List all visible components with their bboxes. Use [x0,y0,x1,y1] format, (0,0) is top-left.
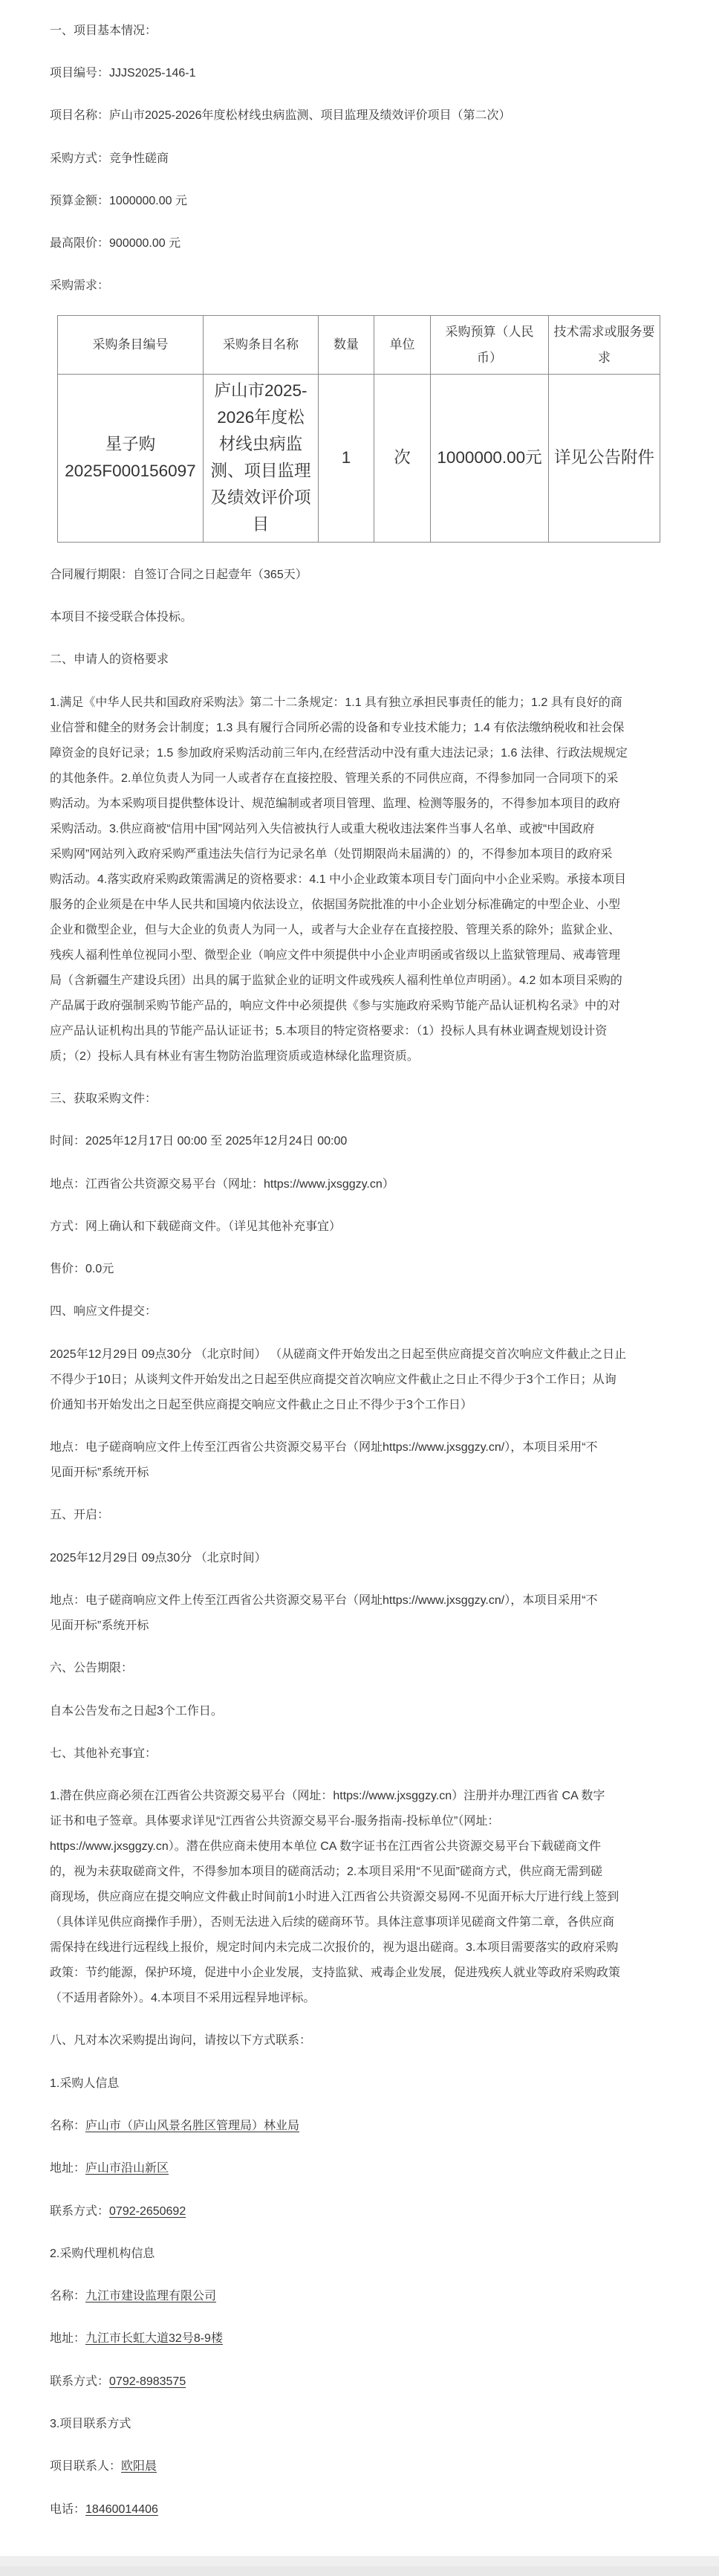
field-label: 电话： [50,2503,85,2516]
procurement-method-value: 竞争性磋商 [109,152,169,165]
project-contact-phone-field: 电话：18460014406 [50,2497,719,2522]
field-label: 名称： [50,2120,85,2132]
agency-name-field: 名称：九江市建设监理有限公司 [50,2284,719,2309]
column-header-budget: 采购预算（人民币） [431,315,549,374]
text-line: 见面开标”系统开标 [50,1614,719,1639]
text-line: 服务的企业须是在中华人民共和国境内依法设立，依据国务院批准的中小企业划分标准确定… [50,893,719,918]
text-line: 采购预算（人民 [434,319,545,345]
text-line: 商现场，供应商应在提交响应文件截止时间前1小时进入江西省公共资源交易网-不见面开… [50,1885,719,1910]
text-line: 地点：电子磋商响应文件上传至江西省公共资源交易平台（网址https://www.… [50,1435,719,1460]
project-number-field: 项目编号：JJJS2025-146-1 [50,61,719,86]
cell-item-name: 庐山市2025-2026年度松材线虫病监测、项目监理及绩效评价项目 [204,374,319,542]
text-line: 求 [552,345,657,371]
text-line: 技术需求或服务要 [552,319,657,345]
document-location-value: 江西省公共资源交易平台（网址：https://www.jxsggzy.cn） [85,1178,394,1191]
document-time-value: 2025年12月17日 00:00 至 2025年12月24日 00:00 [85,1135,347,1148]
text-line: 详见公告附件 [552,444,657,471]
text-line: 采购网”网站列入政府采购严重违法失信行为记录名单（处罚期限尚未届满的）的，不得参… [50,842,719,867]
consortium-note: 本项目不接受联合体投标。 [50,605,719,630]
text-line: 地点：电子磋商响应文件上传至江西省公共资源交易平台（网址https://www.… [50,1588,719,1614]
budget-field: 预算金额：1000000.00 元 [50,189,719,214]
text-line: （具体详见供应商操作手册），否则无法进入后续的磋商环节。具体注意事项详见磋商文件… [50,1910,719,1935]
text-line: 企业和微型企业，但与大企业的负责人为同一人，或者与大企业存在直接控股、管理关系的… [50,918,719,943]
column-header-item-number: 采购条目编号 [58,315,204,374]
text-line: 2025年12月29日 09点30分 （北京时间） （从磋商文件开始发出之日起至… [50,1342,719,1368]
text-line: 局（含新疆生产建设兵团）出具的属于监狱企业的证明文件或残疾人福利性单位声明函）。… [50,968,719,994]
table-row: 星子购2025F000156097 庐山市2025-2026年度松材线虫病监测、… [58,374,660,542]
field-label: 联系方式： [50,2205,109,2218]
agency-phone-value: 0792-8983575 [109,2375,186,2388]
field-label: 最高限价： [50,237,109,250]
text-line: 采购活动。3.供应商被“信用中国”网站列入失信被执行人或重大税收违法案件当事人名… [50,817,719,842]
text-line: 应产品认证机构出具的节能产品认证证书；5.本项目的特定资格要求：（1）投标人具有… [50,1019,719,1044]
document-location-field: 地点：江西省公共资源交易平台（网址：https://www.jxsggzy.cn… [50,1172,719,1197]
contract-period-value: 自签订合同之日起壹年（365天） [133,569,308,581]
text-line: 1.潜在供应商必须在江西省公共资源交易平台（网址：https://www.jxs… [50,1784,719,1809]
project-contact-phone-value: 18460014406 [85,2503,158,2516]
purchaser-phone-value: 0792-2650692 [109,2205,186,2218]
cell-requirements: 详见公告附件 [549,374,660,542]
project-number-value: JJJS2025-146-1 [109,67,196,80]
field-label: 名称： [50,2290,85,2302]
text-line: 单位 [377,331,427,357]
text-line: 目 [206,511,315,538]
field-label: 合同履行期限： [50,569,133,581]
field-label: 采购方式： [50,152,109,165]
field-label: 地址： [50,2332,85,2345]
contract-period-field: 合同履行期限：自签订合同之日起壹年（365天） [50,563,719,588]
text-line: 业信誉和健全的财务会计制度；1.3 具有履行合同所必需的设备和专业技术能力；1.… [50,716,719,741]
agency-address-field: 地址：九江市长虹大道32号8-9楼 [50,2326,719,2352]
text-line: 需保持在线进行远程线上报价，规定时间内未完成二次报价的，视为退出磋商。3.本项目… [50,1935,719,1961]
agency-name-value: 九江市建设监理有限公司 [85,2290,216,2302]
text-line: 政策：节约能源，保护环境，促进中小企业发展，支持监狱、戒毒企业发展，促进残疾人就… [50,1961,719,1986]
text-line: 币） [434,345,545,371]
text-line: 2026年度松 [206,404,315,431]
text-line: 购活动。4.落实政府采购政策需满足的资格要求：4.1 中小企业政策本项目专门面向… [50,867,719,893]
max-price-field: 最高限价：900000.00 元 [50,231,719,256]
text-line: 质；（2）投标人具有林业有害生物防治监理资质或造林绿化监理资质。 [50,1044,719,1069]
opening-time: 2025年12月29日 09点30分 （北京时间） [50,1546,719,1571]
cell-unit: 次 [374,374,431,542]
field-label: 项目名称： [50,109,109,122]
section-3-heading: 三、获取采购文件： [50,1087,719,1112]
purchaser-name-field: 名称：庐山市（庐山风景名胜区管理局）林业局 [50,2114,719,2139]
document-price-field: 售价：0.0元 [50,1257,719,1282]
text-line: 庐山市2025- [206,378,315,404]
announcement-page: 一、项目基本情况： 项目编号：JJJS2025-146-1 项目名称：庐山市20… [0,0,719,2576]
document-method-value: 网上确认和下载磋商文件。（详见其他补充事宜） [85,1220,341,1233]
text-line: 1 [322,444,371,471]
text-line: 价通知书开始发出之日起至供应商提交响应文件截止之日止不得少于3个工作日） [50,1393,719,1418]
text-line: 购活动。为本采购项目提供整体设计、规范编制或者项目管理、监理、检测等服务的，不得… [50,792,719,817]
text-line: 证书和电子签章。具体要求详见“江西省公共资源交易平台-服务指南-投标单位”（网址… [50,1809,719,1834]
text-line: 见面开标”系统开标 [50,1460,719,1486]
procurement-items-table: 采购条目编号 采购条目名称 数量 单位 采购预算（人民币） 技术需求或服务要求 … [57,315,660,543]
field-label: 联系方式： [50,2375,109,2388]
announcement-period: 自本公告发布之日起3个工作日。 [50,1699,719,1724]
procurement-method-field: 采购方式：竞争性磋商 [50,146,719,172]
field-label: 项目联系人： [50,2460,121,2473]
cell-item-number: 星子购2025F000156097 [58,374,204,542]
field-label: 地址： [50,2162,85,2175]
supplementary-matters-paragraph: 1.潜在供应商必须在江西省公共资源交易平台（网址：https://www.jxs… [50,1784,719,2011]
agency-info-title: 2.采购代理机构信息 [50,2242,719,2267]
text-line: 障资金的良好记录；1.5 参加政府采购活动前三年内,在经营活动中没有重大违法记录… [50,741,719,766]
text-line: 的其他条件。2.单位负责人为同一人或者存在直接控股、管理关系的不同供应商，不得参… [50,766,719,792]
purchaser-address-value: 庐山市沿山新区 [85,2162,169,2175]
project-contact-person-field: 项目联系人：欧阳晨 [50,2454,719,2479]
text-line: 采购条目名称 [206,331,315,357]
section-2-heading: 二、申请人的资格要求 [50,647,719,673]
text-line: https://www.jxsggzy.cn）。潜在供应商未使用本单位 CA 数… [50,1834,719,1860]
section-1-heading: 一、项目基本情况： [50,19,719,44]
budget-value: 1000000.00 元 [109,195,187,207]
project-name-field: 项目名称：庐山市2025-2026年度松材线虫病监测、项目监理及绩效评价项目（第… [50,103,719,129]
section-5-heading: 五、开启： [50,1503,719,1528]
text-line: 星子购 [61,431,200,458]
text-line: 采购条目编号 [61,331,200,357]
field-label: 预算金额： [50,195,109,207]
section-4-heading: 四、响应文件提交： [50,1299,719,1324]
section-6-heading: 六、公告期限： [50,1656,719,1681]
footer-strip [0,2566,719,2576]
max-price-value: 900000.00 元 [109,237,180,250]
document-method-field: 方式：网上确认和下载磋商文件。（详见其他补充事宜） [50,1214,719,1240]
text-line: （不适用者除外）。4.本项目不采用远程异地评标。 [50,1986,719,2011]
table-header-row: 采购条目编号 采购条目名称 数量 单位 采购预算（人民币） 技术需求或服务要求 [58,315,660,374]
text-line: 次 [377,444,427,471]
text-line: 的，视为未获取磋商文件，不得参加本项目的磋商活动；2.本项目采用“不见面”磋商方… [50,1860,719,1885]
agency-address-value: 九江市长虹大道32号8-9楼 [85,2332,223,2345]
text-line: 残疾人福利性单位视同小型、微型企业（响应文件中须提供中小企业声明函或省级以上监狱… [50,943,719,968]
field-label: 时间： [50,1135,85,1148]
text-line: 不得少于10日；从谈判文件开始发出之日起至供应商提交首次响应文件截止之日止不得少… [50,1368,719,1393]
submission-deadline-paragraph: 2025年12月29日 09点30分 （北京时间） （从磋商文件开始发出之日起至… [50,1342,719,1418]
cell-budget: 1000000.00元 [431,374,549,542]
document-price-value: 0.0元 [85,1263,114,1275]
submission-location-paragraph: 地点：电子磋商响应文件上传至江西省公共资源交易平台（网址https://www.… [50,1435,719,1486]
text-line: 2025F000156097 [61,458,200,485]
purchaser-info-title: 1.采购人信息 [50,2071,719,2097]
opening-location-paragraph: 地点：电子磋商响应文件上传至江西省公共资源交易平台（网址https://www.… [50,1588,719,1639]
text-line: 1.满足《中华人民共和国政府采购法》第二十二条规定：1.1 具有独立承担民事责任… [50,690,719,716]
field-label: 售价： [50,1263,85,1275]
column-header-requirements: 技术需求或服务要求 [549,315,660,374]
text-line: 数量 [322,331,371,357]
section-7-heading: 七、其他补充事宜： [50,1741,719,1767]
text-line: 1000000.00元 [434,444,545,471]
text-line: 产品属于政府强制采购节能产品的，响应文件中必须提供《参与实施政府采购节能产品认证… [50,994,719,1019]
purchaser-phone-field: 联系方式：0792-2650692 [50,2199,719,2224]
document-time-field: 时间：2025年12月17日 00:00 至 2025年12月24日 00:00 [50,1129,719,1154]
project-name-value: 庐山市2025-2026年度松材线虫病监测、项目监理及绩效评价项目（第二次） [109,109,511,122]
qualification-requirements-paragraph: 1.满足《中华人民共和国政府采购法》第二十二条规定：1.1 具有独立承担民事责任… [50,690,719,1069]
field-label: 项目编号： [50,67,109,80]
section-8-heading: 八、凡对本次采购提出询问，请按以下方式联系： [50,2028,719,2054]
announcement-body: 一、项目基本情况： 项目编号：JJJS2025-146-1 项目名称：庐山市20… [0,0,719,2556]
text-line: 测、项目监理 [206,458,315,485]
text-line: 材线虫病监 [206,431,315,458]
requirements-label: 采购需求： [50,274,719,299]
footer-divider [0,2556,719,2566]
column-header-quantity: 数量 [319,315,374,374]
column-header-unit: 单位 [374,315,431,374]
purchaser-address-field: 地址：庐山市沿山新区 [50,2156,719,2181]
text-line: 及绩效评价项 [206,485,315,511]
project-contact-title: 3.项目联系方式 [50,2412,719,2437]
column-header-item-name: 采购条目名称 [204,315,319,374]
purchaser-name-value: 庐山市（庐山风景名胜区管理局）林业局 [85,2120,299,2132]
field-label: 方式： [50,1220,85,1233]
cell-quantity: 1 [319,374,374,542]
project-contact-person-value: 欧阳晨 [121,2460,157,2473]
field-label: 地点： [50,1178,85,1191]
agency-phone-field: 联系方式：0792-8983575 [50,2369,719,2395]
